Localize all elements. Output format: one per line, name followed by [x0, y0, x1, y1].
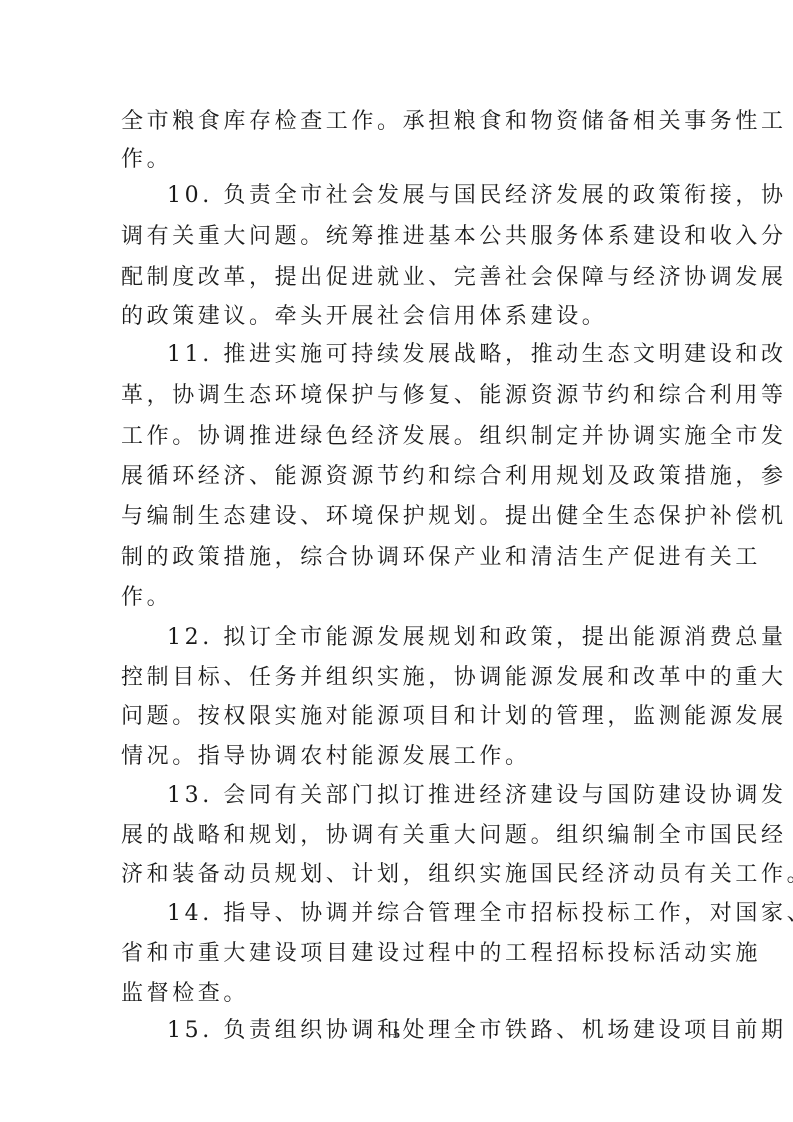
page-number: 5: [0, 1027, 793, 1043]
text-line: 监督检查。: [121, 979, 681, 1009]
text-line: 10. 负责全市社会发展与国民经济发展的政策衔接，协: [167, 181, 727, 211]
text-line: 与编制生态建设、环境保护规划。提出健全生态保护补偿机: [121, 502, 681, 532]
text-line: 展循环经济、能源资源节约和综合利用规划及政策措施，参: [121, 462, 681, 492]
text-line: 工作。协调推进绿色经济发展。组织制定并协调实施全市发: [121, 422, 681, 452]
text-line: 济和装备动员规划、计划，组织实施国民经济动员有关工作。: [121, 860, 681, 890]
text-line: 14. 指导、协调并综合管理全市招标投标工作，对国家、: [167, 899, 727, 929]
text-line: 调有关重大问题。统筹推进基本公共服务体系建设和收入分: [121, 222, 681, 252]
text-line: 11. 推进实施可持续发展战略，推动生态文明建设和改: [167, 340, 727, 370]
document-page: 全市粮食库存检查工作。承担粮食和物资储备相关事务性工作。10. 负责全市社会发展…: [0, 0, 793, 1122]
text-line: 配制度改革，提出促进就业、完善社会保障与经济协调发展: [121, 263, 681, 293]
text-line: 制的政策措施，综合协调环保产业和清洁生产促进有关工: [121, 543, 681, 573]
text-line: 作。: [121, 145, 681, 175]
text-line: 省和市重大建设项目建设过程中的工程招标投标活动实施: [121, 939, 681, 969]
text-line: 控制目标、任务并组织实施，协调能源发展和改革中的重大: [121, 663, 681, 693]
text-line: 革，协调生态环境保护与修复、能源资源节约和综合利用等: [121, 381, 681, 411]
text-line: 12. 拟订全市能源发展规划和政策，提出能源消费总量: [167, 623, 727, 653]
text-line: 全市粮食库存检查工作。承担粮食和物资储备相关事务性工: [121, 107, 681, 137]
text-line: 展的战略和规划，协调有关重大问题。组织编制全市国民经: [121, 821, 681, 851]
text-line: 的政策建议。牵头开展社会信用体系建设。: [121, 302, 681, 332]
text-line: 情况。指导协调农村能源发展工作。: [121, 742, 681, 772]
text-line: 作。: [121, 583, 681, 613]
text-line: 13. 会同有关部门拟订推进经济建设与国防建设协调发: [167, 781, 727, 811]
text-line: 问题。按权限实施对能源项目和计划的管理，监测能源发展: [121, 702, 681, 732]
